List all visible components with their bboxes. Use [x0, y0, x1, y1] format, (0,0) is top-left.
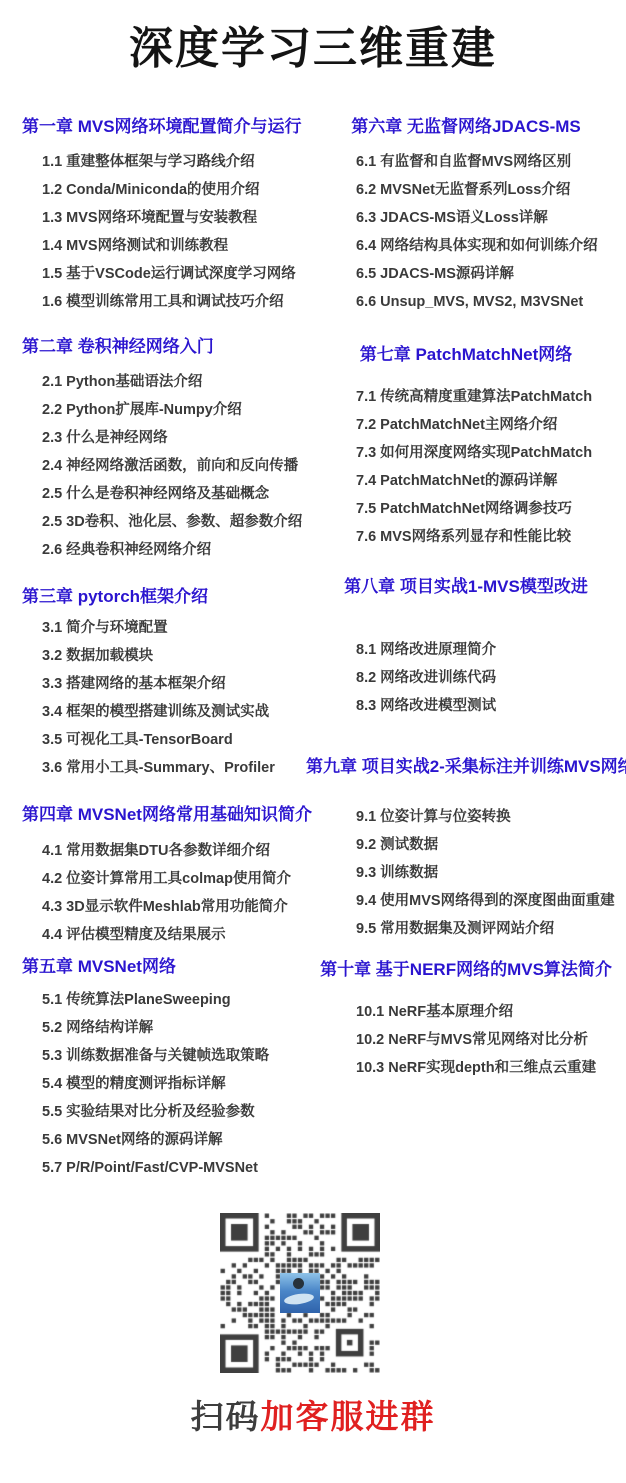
chapter-item: 5.7 P/R/Point/Fast/CVP-MVSNet	[42, 1154, 306, 1182]
chapter-item: 7.2 PatchMatchNet主网络介绍	[356, 411, 626, 439]
chapter-item: 9.4 使用MVS网络得到的深度图曲面重建	[356, 887, 626, 915]
chapter-item: 10.3 NeRF实现depth和三维点云重建	[356, 1054, 626, 1082]
chapter-item-list: 2.1 Python基础语法介绍 2.2 Python扩展库-Numpy介绍 2…	[22, 368, 306, 564]
page-title: 深度学习三维重建	[0, 0, 626, 78]
chapter-item: 2.5 3D卷积、池化层、参数、超参数介绍	[42, 508, 306, 536]
chapter-5: 第五章 MVSNet网络 5.1 传统算法PlaneSweeping 5.2 网…	[22, 956, 306, 1182]
chapter-item-list: 8.1 网络改进原理简介 8.2 网络改进训练代码 8.3 网络改进模型测试	[306, 636, 626, 720]
chapter-title: 第二章 卷积神经网络入门	[22, 336, 306, 358]
chapter-item: 9.2 测试数据	[356, 831, 626, 859]
footer-caption: 扫码加客服进群	[0, 1395, 626, 1439]
chapter-item: 5.3 训练数据准备与关键帧选取策略	[42, 1042, 306, 1070]
chapter-item: 2.6 经典卷积神经网络介绍	[42, 536, 306, 564]
chapter-item: 6.1 有监督和自监督MVS网络区别	[356, 148, 626, 176]
qr-block	[220, 1213, 380, 1373]
chapter-item: 7.4 PatchMatchNet的源码详解	[356, 467, 626, 495]
chapter-3: 第三章 pytorch框架介绍 3.1 简介与环境配置 3.2 数据加载模块 3…	[22, 586, 306, 782]
chapter-4: 第四章 MVSNet网络常用基础知识简介 4.1 常用数据集DTU各参数详细介绍…	[22, 804, 306, 949]
chapter-item: 4.1 常用数据集DTU各参数详细介绍	[42, 837, 306, 865]
chapter-item: 9.3 训练数据	[356, 859, 626, 887]
course-outline-page: 深度学习三维重建 第一章 MVS网络环境配置简介与运行 1.1 重建整体框架与学…	[0, 0, 626, 1483]
chapter-item: 5.5 实验结果对比分析及经验参数	[42, 1098, 306, 1126]
chapter-item: 1.5 基于VSCode运行调试深度学习网络	[42, 260, 306, 288]
chapter-item: 1.6 模型训练常用工具和调试技巧介绍	[42, 288, 306, 316]
chapter-item: 6.2 MVSNet无监督系列Loss介绍	[356, 176, 626, 204]
chapter-8: 第八章 项目实战1-MVS模型改进 8.1 网络改进原理简介 8.2 网络改进训…	[306, 576, 626, 720]
chapter-item: 7.3 如何用深度网络实现PatchMatch	[356, 439, 626, 467]
column-left: 第一章 MVS网络环境配置简介与运行 1.1 重建整体框架与学习路线介绍 1.2…	[0, 116, 306, 1182]
chapter-item: 10.2 NeRF与MVS常见网络对比分析	[356, 1026, 626, 1054]
chapter-10: 第十章 基于NERF网络的MVS算法简介 10.1 NeRF基本原理介绍 10.…	[306, 959, 626, 1082]
chapter-item: 2.4 神经网络激活函数，前向和反向传播	[42, 452, 306, 480]
chapter-item-list: 4.1 常用数据集DTU各参数详细介绍 4.2 位姿计算常用工具colmap使用…	[22, 837, 306, 949]
column-right: 第六章 无监督网络JDACS-MS 6.1 有监督和自监督MVS网络区别 6.2…	[306, 116, 626, 1082]
chapter-item: 1.3 MVS网络环境配置与安装教程	[42, 204, 306, 232]
chapter-item: 6.3 JDACS-MS语义Loss详解	[356, 204, 626, 232]
chapter-item: 4.3 3D显示软件Meshlab常用功能简介	[42, 893, 306, 921]
chapter-item: 3.6 常用小工具-Summary、Profiler	[42, 754, 306, 782]
chapter-item: 10.1 NeRF基本原理介绍	[356, 998, 626, 1026]
chapter-item: 1.1 重建整体框架与学习路线介绍	[42, 148, 306, 176]
chapter-item: 2.5 什么是卷积神经网络及基础概念	[42, 480, 306, 508]
chapter-item: 5.4 模型的精度测评指标详解	[42, 1070, 306, 1098]
chapter-item: 3.1 简介与环境配置	[42, 614, 306, 642]
chapter-item: 2.3 什么是神经网络	[42, 424, 306, 452]
chapter-item: 2.2 Python扩展库-Numpy介绍	[42, 396, 306, 424]
chapter-item: 7.6 MVS网络系列显存和性能比较	[356, 523, 626, 551]
chapter-item: 6.6 Unsup_MVS, MVS2, M3VSNet	[356, 288, 626, 316]
footer-scan-text: 扫码	[191, 1398, 261, 1435]
chapter-item-list: 9.1 位姿计算与位姿转换 9.2 测试数据 9.3 训练数据 9.4 使用MV…	[306, 803, 626, 943]
chapter-item: 6.5 JDACS-MS源码详解	[356, 260, 626, 288]
chapter-item: 1.2 Conda/Miniconda的使用介绍	[42, 176, 306, 204]
chapter-title: 第三章 pytorch框架介绍	[22, 586, 306, 608]
chapter-item: 5.1 传统算法PlaneSweeping	[42, 986, 306, 1014]
chapter-item: 4.4 评估模型精度及结果展示	[42, 921, 306, 949]
chapter-item: 9.5 常用数据集及测评网站介绍	[356, 915, 626, 943]
chapter-item-list: 6.1 有监督和自监督MVS网络区别 6.2 MVSNet无监督系列Loss介绍…	[306, 148, 626, 316]
chapter-item: 5.2 网络结构详解	[42, 1014, 306, 1042]
chapter-item: 8.1 网络改进原理简介	[356, 636, 626, 664]
chapter-item-list: 10.1 NeRF基本原理介绍 10.2 NeRF与MVS常见网络对比分析 10…	[306, 998, 626, 1082]
chapter-item: 3.5 可视化工具-TensorBoard	[42, 726, 306, 754]
chapter-title: 第四章 MVSNet网络常用基础知识简介	[22, 804, 306, 826]
chapter-item-list: 5.1 传统算法PlaneSweeping 5.2 网络结构详解 5.3 训练数…	[22, 986, 306, 1182]
chapter-item-list: 7.1 传统高精度重建算法PatchMatch 7.2 PatchMatchNe…	[306, 383, 626, 551]
chapter-columns: 第一章 MVS网络环境配置简介与运行 1.1 重建整体框架与学习路线介绍 1.2…	[0, 116, 626, 1182]
chapter-item: 1.4 MVS网络测试和训练教程	[42, 232, 306, 260]
qr-center-avatar-icon	[280, 1273, 320, 1313]
chapter-7: 第七章 PatchMatchNet网络 7.1 传统高精度重建算法PatchMa…	[306, 344, 626, 551]
chapter-title: 第六章 无监督网络JDACS-MS	[306, 116, 626, 138]
chapter-title: 第八章 项目实战1-MVS模型改进	[306, 576, 626, 598]
chapter-2: 第二章 卷积神经网络入门 2.1 Python基础语法介绍 2.2 Python…	[22, 336, 306, 564]
chapter-item: 5.6 MVSNet网络的源码详解	[42, 1126, 306, 1154]
chapter-item: 6.4 网络结构具体实现和如何训练介绍	[356, 232, 626, 260]
chapter-item: 2.1 Python基础语法介绍	[42, 368, 306, 396]
chapter-title: 第五章 MVSNet网络	[22, 956, 306, 978]
chapter-item: 8.3 网络改进模型测试	[356, 692, 626, 720]
chapter-9: 第九章 项目实战2-采集标注并训练MVS网络 9.1 位姿计算与位姿转换 9.2…	[306, 756, 626, 943]
chapter-6: 第六章 无监督网络JDACS-MS 6.1 有监督和自监督MVS网络区别 6.2…	[306, 116, 626, 316]
chapter-item: 9.1 位姿计算与位姿转换	[356, 803, 626, 831]
footer-action-text: 加客服进群	[261, 1398, 436, 1435]
chapter-title: 第九章 项目实战2-采集标注并训练MVS网络	[306, 756, 626, 778]
chapter-item-list: 3.1 简介与环境配置 3.2 数据加载模块 3.3 搭建网络的基本框架介绍 3…	[22, 614, 306, 782]
chapter-title: 第十章 基于NERF网络的MVS算法简介	[306, 959, 626, 981]
chapter-item: 7.1 传统高精度重建算法PatchMatch	[356, 383, 626, 411]
chapter-title: 第一章 MVS网络环境配置简介与运行	[22, 116, 306, 138]
chapter-item: 3.2 数据加载模块	[42, 642, 306, 670]
chapter-1: 第一章 MVS网络环境配置简介与运行 1.1 重建整体框架与学习路线介绍 1.2…	[22, 116, 306, 316]
chapter-item: 4.2 位姿计算常用工具colmap使用简介	[42, 865, 306, 893]
chapter-title: 第七章 PatchMatchNet网络	[306, 344, 626, 366]
chapter-item: 7.5 PatchMatchNet网络调参技巧	[356, 495, 626, 523]
chapter-item: 3.4 框架的模型搭建训练及测试实战	[42, 698, 306, 726]
chapter-item: 8.2 网络改进训练代码	[356, 664, 626, 692]
chapter-item: 3.3 搭建网络的基本框架介绍	[42, 670, 306, 698]
chapter-item-list: 1.1 重建整体框架与学习路线介绍 1.2 Conda/Miniconda的使用…	[22, 148, 306, 316]
